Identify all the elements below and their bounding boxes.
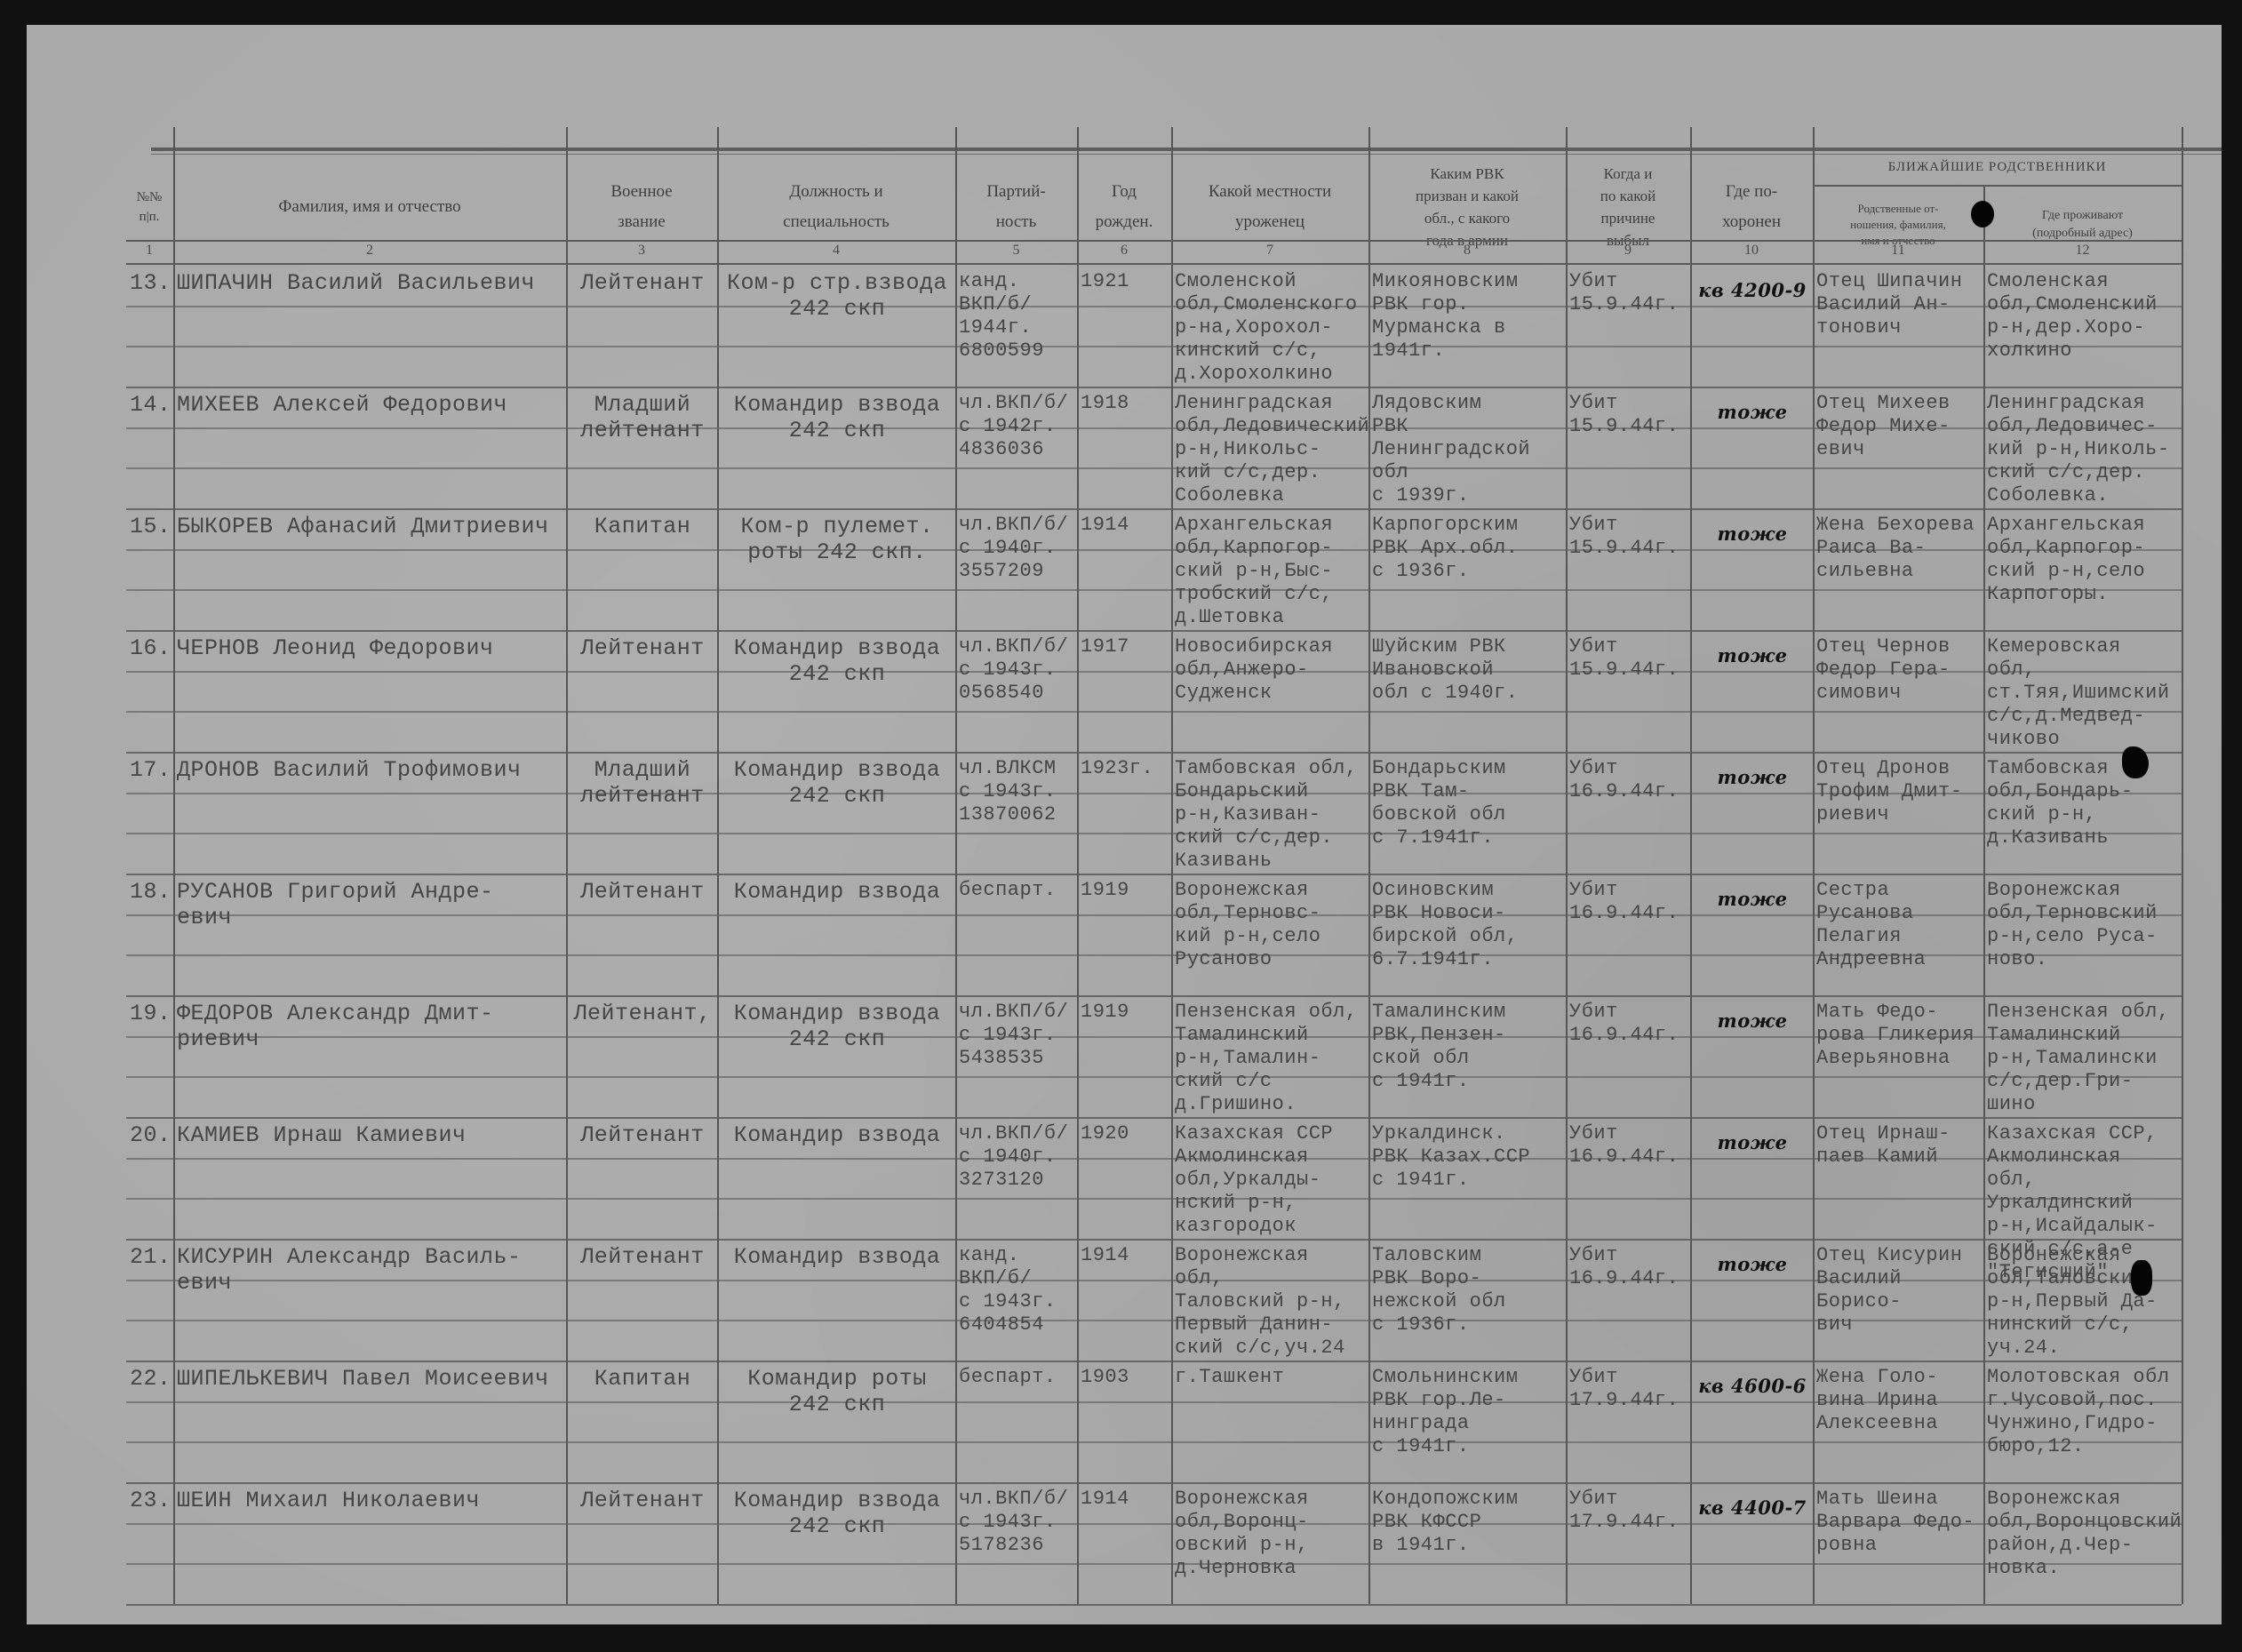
column-divider	[955, 127, 957, 1604]
row-rule	[126, 467, 2182, 469]
birth-year: 1919	[1081, 879, 1169, 902]
colnum-11: 11	[1813, 243, 1983, 259]
birthplace: Воронежская обл, Таловский р-н, Первый Д…	[1175, 1244, 1367, 1360]
full-name: ФЕДОРОВ Александр Дмит- риевич	[177, 1001, 564, 1052]
colnum-7: 7	[1171, 243, 1368, 259]
document-page: №№ п|п. Фамилия, имя и отчество Военное …	[27, 25, 2222, 1624]
relative-name: Мать Федо- рова Гликерия Аверьяновна	[1816, 1001, 1982, 1070]
position: Командир взвода 242 скп	[721, 1001, 953, 1052]
relative-address: Смоленская обл,Смоленский р-н,дер.Хоро- …	[1987, 270, 2180, 363]
position: Ком-р пулемет. роты 242 скп.	[721, 514, 953, 565]
position: Ком-р стр.взвода 242 скп	[721, 270, 953, 322]
military-rank: Лейтенант	[570, 635, 715, 661]
party-membership: беспарт.	[959, 879, 1075, 902]
party-membership: чл.ВКП/б/ с 1940г. 3273120	[959, 1122, 1075, 1192]
military-rank: Лейтенант	[570, 1244, 715, 1270]
conscription-office: Смольнинским РВК гор.Ле- нинграда с 1941…	[1372, 1366, 1564, 1458]
military-rank: Лейтенант,	[570, 1001, 715, 1026]
relative-address: Архангельская обл,Карпогор- ский р-н,сел…	[1987, 514, 2180, 606]
burial-place: кв 4400-7	[1694, 1495, 1811, 1520]
date-and-cause: Убит 15.9.44г.	[1569, 514, 1688, 560]
conscription-office: Микояновским РВК гор. Мурманска в 1941г.	[1372, 270, 1564, 363]
birth-year: 1919	[1081, 1001, 1169, 1024]
column-divider	[173, 127, 175, 1604]
burial-place: тоже	[1694, 1251, 1811, 1277]
conscription-office: Уркалдинск. РВК Казах.ССР с 1941г.	[1372, 1122, 1564, 1192]
birthplace: Ленинградская обл,Ледовический р-н,Никол…	[1175, 392, 1367, 507]
birth-year: 1920	[1081, 1122, 1169, 1145]
row-number: 16.	[130, 635, 172, 661]
full-name: РУСАНОВ Григорий Андре- евич	[177, 879, 564, 930]
relative-name: Отец Чернов Федор Гера- симович	[1816, 635, 1982, 705]
column-divider	[717, 127, 719, 1604]
row-rule	[126, 508, 2182, 510]
row-rule	[126, 1482, 2182, 1484]
row-rule	[126, 630, 2182, 632]
relative-name: Мать Шеина Варвара Федо- ровна	[1816, 1488, 1982, 1557]
date-and-cause: Убит 16.9.44г.	[1569, 879, 1688, 925]
row-rule	[126, 1076, 2182, 1078]
position: Командир взвода 242 скп	[721, 392, 953, 443]
birthplace: Смоленской обл,Смоленского р-на,Хорохол-…	[1175, 270, 1367, 386]
conscription-office: Шуйским РВК Ивановской обл с 1940г.	[1372, 635, 1564, 705]
row-rule	[126, 1361, 2182, 1362]
full-name: БЫКОРЕВ Афанасий Дмитриевич	[177, 514, 564, 539]
birthplace: Воронежская обл,Терновс- кий р-н,село Ру…	[1175, 879, 1367, 971]
full-name: ШИПАЧИН Василий Васильевич	[177, 270, 564, 296]
position: Командир взвода	[721, 1244, 953, 1270]
military-rank: Лейтенант	[570, 270, 715, 296]
full-name: КИСУРИН Александр Василь- евич	[177, 1244, 564, 1296]
position: Командир взвода 242 скп	[721, 635, 953, 687]
conscription-office: Лядовским РВК Ленинградской обл с 1939г.	[1372, 392, 1564, 507]
birthplace: г.Ташкент	[1175, 1366, 1367, 1389]
row-rule	[126, 995, 2182, 997]
colnum-2: 2	[173, 243, 566, 259]
relative-name: Жена Бехорева Раиса Ва- сильевна	[1816, 514, 1982, 583]
party-membership: беспарт.	[959, 1366, 1075, 1389]
birthplace: Архангельская обл,Карпогор- ский р-н,Быс…	[1175, 514, 1367, 629]
row-number: 22.	[130, 1366, 172, 1392]
relative-address: Ленинградская обл,Ледовичес- кий р-н,Ник…	[1987, 392, 2180, 507]
header-rule	[126, 263, 2182, 265]
party-membership: чл.ВКП/б/ с 1940г. 3557209	[959, 514, 1075, 583]
birth-year: 1921	[1081, 270, 1169, 293]
relative-address: Тамбовская обл,Бондарь- ский р-н, д.Кази…	[1987, 757, 2180, 850]
position: Командир взвода 242 скп	[721, 757, 953, 809]
relative-address: Воронежская обл,Таловский р-н,Первый Да-…	[1987, 1244, 2180, 1360]
birth-year: 1914	[1081, 514, 1169, 537]
conscription-office: Бондарьским РВК Там- бовской обл с 7.194…	[1372, 757, 1564, 850]
conscription-office: Тамалинским РВК,Пензен- ской обл с 1941г…	[1372, 1001, 1564, 1093]
conscription-office: Осиновским РВК Новоси- бирской обл, 6.7.…	[1372, 879, 1564, 971]
birth-year: 1918	[1081, 392, 1169, 415]
row-rule	[126, 874, 2182, 875]
party-membership: чл.ВКП/б/ с 1942г. 4836036	[959, 392, 1075, 461]
party-membership: чл.ВЛКСМ с 1943г. 13870062	[959, 757, 1075, 826]
colnum-6: 6	[1077, 243, 1171, 259]
date-and-cause: Убит 16.9.44г.	[1569, 1244, 1688, 1290]
position: Командир взвода	[721, 879, 953, 905]
military-rank: Лейтенант	[570, 1488, 715, 1513]
row-number: 15.	[130, 514, 172, 539]
colnum-4: 4	[717, 243, 955, 259]
birth-year: 1917	[1081, 635, 1169, 658]
colnum-3: 3	[566, 243, 717, 259]
date-and-cause: Убит 17.9.44г.	[1569, 1488, 1688, 1534]
date-and-cause: Убит 16.9.44г.	[1569, 757, 1688, 803]
conscription-office: Карпогорским РВК Арх.обл. с 1936г.	[1372, 514, 1564, 583]
relative-name: Отец Ирнаш- паев Камий	[1816, 1122, 1982, 1169]
party-membership: канд. ВКП/б/ 1944г. 6800599	[959, 270, 1075, 363]
burial-place: тоже	[1694, 764, 1811, 790]
row-number: 21.	[130, 1244, 172, 1270]
birthplace: Пензенская обл, Тамалинский р-н,Тамалин-…	[1175, 1001, 1367, 1116]
column-divider	[1566, 127, 1568, 1604]
colnum-1: 1	[126, 243, 172, 259]
birthplace: Воронежская обл,Воронц- овский р-н, д.Че…	[1175, 1488, 1367, 1580]
full-name: ЧЕРНОВ Леонид Федорович	[177, 635, 564, 661]
birth-year: 1914	[1081, 1488, 1169, 1511]
burial-place: тоже	[1694, 1129, 1811, 1155]
date-and-cause: Убит 16.9.44г.	[1569, 1122, 1688, 1169]
row-rule	[126, 711, 2182, 713]
row-rule	[126, 346, 2182, 347]
row-number: 13.	[130, 270, 172, 296]
date-and-cause: Убит 16.9.44г.	[1569, 1001, 1688, 1047]
row-rule	[126, 1239, 2182, 1241]
birth-year: 1903	[1081, 1366, 1169, 1389]
row-rule	[126, 387, 2182, 388]
burial-place: тоже	[1694, 642, 1811, 668]
header-rule	[1813, 185, 2182, 187]
birthplace: Тамбовская обл, Бондарьский р-н,Казиван-…	[1175, 757, 1367, 873]
ink-blot	[1971, 201, 1994, 227]
burial-place: кв 4200-9	[1694, 277, 1811, 303]
row-number: 20.	[130, 1122, 172, 1148]
party-membership: чл.ВКП/б/ с 1943г. 5438535	[959, 1001, 1075, 1070]
row-number: 18.	[130, 879, 172, 905]
row-rule	[126, 1117, 2182, 1119]
burial-place: тоже	[1694, 1008, 1811, 1033]
position: Командир взвода	[721, 1122, 953, 1148]
row-rule	[126, 1198, 2182, 1200]
relative-name: Отец Шипачин Василий Ан- тонович	[1816, 270, 1982, 339]
military-rank: Младший лейтенант	[570, 757, 715, 809]
relative-address: Воронежская обл,Воронцовский район,д.Чер…	[1987, 1488, 2180, 1580]
colnum-10: 10	[1690, 243, 1813, 259]
full-name: ШЕИН Михаил Николаевич	[177, 1488, 564, 1513]
colnum-12: 12	[1983, 243, 2182, 259]
date-and-cause: Убит 17.9.44г.	[1569, 1366, 1688, 1412]
party-membership: чл.ВКП/б/ с 1943г. 0568540	[959, 635, 1075, 705]
row-number: 17.	[130, 757, 172, 783]
header-group-relatives: БЛИЖАЙШИЕ РОДСТВЕННИКИ	[1813, 149, 2182, 185]
ink-blot	[2131, 1260, 2152, 1296]
full-name: КАМИЕВ Ирнаш Камиевич	[177, 1122, 564, 1148]
military-rank: Капитан	[570, 1366, 715, 1392]
relative-name: Жена Голо- вина Ирина Алексеевна	[1816, 1366, 1982, 1435]
full-name: ДРОНОВ Василий Трофимович	[177, 757, 564, 783]
row-rule	[126, 1604, 2182, 1606]
row-rule	[126, 833, 2182, 834]
conscription-office: Таловским РВК Воро- нежской обл с 1936г.	[1372, 1244, 1564, 1337]
relative-name: Отец Михеев Федор Михе- евич	[1816, 392, 1982, 461]
row-rule	[126, 752, 2182, 754]
colnum-5: 5	[955, 243, 1077, 259]
column-divider	[1171, 127, 1173, 1604]
colnum-8: 8	[1368, 243, 1566, 259]
column-divider	[1077, 127, 1079, 1604]
row-number: 19.	[130, 1001, 172, 1026]
date-and-cause: Убит 15.9.44г.	[1569, 270, 1688, 316]
row-number: 14.	[130, 392, 172, 418]
burial-place: тоже	[1694, 399, 1811, 425]
party-membership: канд. ВКП/б/ с 1943г. 6404854	[959, 1244, 1075, 1337]
birthplace: Новосибирская обл,Анжеро- Судженск	[1175, 635, 1367, 705]
birthplace: Казахская ССР Акмолинская обл,Уркалды- н…	[1175, 1122, 1367, 1238]
burial-place: кв 4600-6	[1694, 1373, 1811, 1399]
relative-address: Молотовская обл г.Чусовой,пос. Чунжино,Г…	[1987, 1366, 2180, 1458]
row-rule	[126, 1441, 2182, 1443]
burial-place: тоже	[1694, 521, 1811, 547]
birth-year: 1923г.	[1081, 757, 1169, 780]
military-rank: Лейтенант	[570, 879, 715, 905]
relative-name: Отец Кисурин Василий Борисо- вич	[1816, 1244, 1982, 1337]
ink-blot	[2122, 746, 2149, 778]
birth-year: 1914	[1081, 1244, 1169, 1267]
column-divider	[2182, 127, 2183, 1604]
date-and-cause: Убит 15.9.44г.	[1569, 635, 1688, 682]
position: Командир взвода 242 скп	[721, 1488, 953, 1539]
military-rank: Лейтенант	[570, 1122, 715, 1148]
header-rule	[126, 240, 2182, 242]
column-divider	[566, 127, 568, 1604]
column-divider	[1813, 127, 1815, 1604]
column-divider	[1690, 127, 1692, 1604]
burial-place: тоже	[1694, 886, 1811, 912]
relative-name: Сестра Русанова Пелагия Андреевна	[1816, 879, 1982, 971]
party-membership: чл.ВКП/б/ с 1943г. 5178236	[959, 1488, 1075, 1557]
row-rule	[126, 1563, 2182, 1565]
military-rank: Капитан	[570, 514, 715, 539]
full-name: МИХЕЕВ Алексей Федорович	[177, 392, 564, 418]
military-rank: Младший лейтенант	[570, 392, 715, 443]
relative-address: Воронежская обл,Терновский р-н,село Руса…	[1987, 879, 2180, 971]
position: Командир роты 242 скп	[721, 1366, 953, 1417]
full-name: ШИПЕЛЬКЕВИЧ Павел Моисеевич	[177, 1366, 564, 1392]
relative-address: Пензенская обл, Тамалинский р-н,Тамалинс…	[1987, 1001, 2180, 1116]
date-and-cause: Убит 15.9.44г.	[1569, 392, 1688, 438]
row-number: 23.	[130, 1488, 172, 1513]
column-divider	[1368, 127, 1370, 1604]
column-divider	[1983, 185, 1985, 1604]
colnum-9: 9	[1566, 243, 1690, 259]
relative-name: Отец Дронов Трофим Дмит- риевич	[1816, 757, 1982, 826]
relative-address: Кемеровская обл, ст.Тяя,Ишимский с/с,д.М…	[1987, 635, 2180, 751]
conscription-office: Кондопожским РВК КФССР в 1941г.	[1372, 1488, 1564, 1557]
row-rule	[126, 589, 2182, 591]
